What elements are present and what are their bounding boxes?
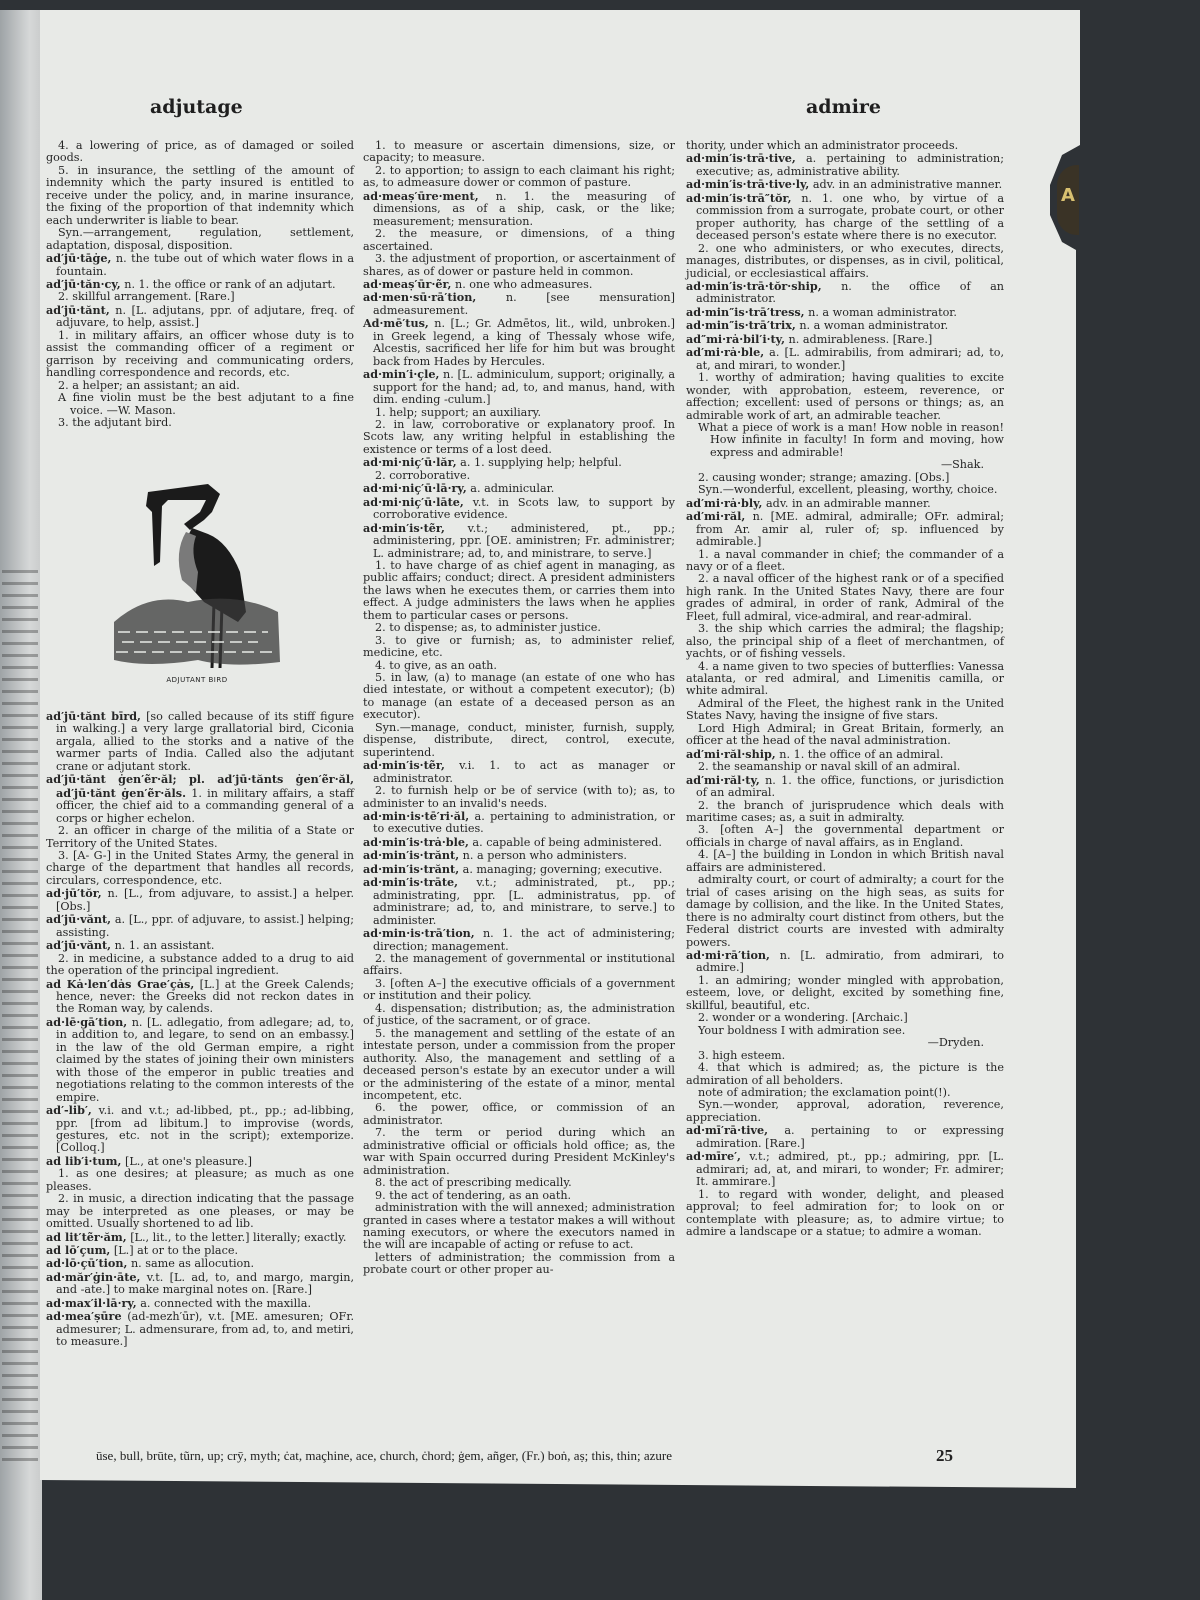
dictionary-entry: ad·min′is·tẽr, v.i. 1. to act as manager… — [363, 759, 675, 785]
dictionary-entry: ad′jū·tănt bīrd, [so called because of i… — [46, 710, 354, 773]
dictionary-entry: ad′mi·răl·ty, n. 1. the office, function… — [686, 774, 1004, 800]
dictionary-entry: ad Kȧ·len′dȧs Grae′çȧs, [L.] at the Gree… — [46, 978, 354, 1016]
definition: n. a person who administers. — [459, 849, 627, 862]
headword: ad′mi·răl, — [686, 509, 745, 523]
dictionary-entry: ad·jū′tŏr, n. [L., from adjuvare, to ass… — [46, 887, 354, 913]
dictionary-entry: ad″mi·rȧ·bil′i·ty, n. admirableness. [Ra… — [686, 333, 1004, 346]
dictionary-entry: ad′jū·tănt, n. [L. adjutans, ppr. of adj… — [46, 304, 354, 330]
headword: ad′mi·răl·ty, — [686, 773, 760, 787]
sense: 3. [A- G-] in the United States Army, th… — [46, 850, 354, 887]
headword: ad·min·is·tē′ri·ăl, — [363, 809, 469, 823]
headword: ad′mi·răl·ship, — [686, 747, 776, 761]
definition: [L.] at or to the place. — [110, 1244, 238, 1257]
sense: 1. to regard with wonder, delight, and p… — [686, 1189, 1004, 1239]
dictionary-entry: ad lō′çum, [L.] at or to the place. — [46, 1244, 354, 1257]
dictionary-entry: ad′jū·tăn·cy, n. 1. the office or rank o… — [46, 278, 354, 291]
headword: ad·mīre′, — [686, 1149, 741, 1163]
definition: n. one who admeasures. — [451, 278, 592, 291]
sense: administration with the will annexed; ad… — [363, 1202, 675, 1252]
guide-word-right: admire — [806, 96, 881, 118]
headword: ad·min′is·tẽr, — [363, 521, 445, 535]
definition: a. 1. supplying help; helpful. — [457, 456, 622, 469]
dictionary-entry: ad·min′is·trā·tive, a. pertaining to adm… — [686, 152, 1004, 178]
headword: ad·men·sū·rā′tion, — [363, 290, 476, 304]
dictionary-entry: ad·mi·rā′tion, n. [L. admiratio, from ad… — [686, 949, 1004, 975]
definition: n. [L. adlegatio, from adlegare; ad, to,… — [56, 1016, 354, 1104]
dictionary-entry: ad·min′is·trănt, a. managing; governing;… — [363, 863, 675, 876]
dictionary-entry: ad·mi·niç′ū·lāte, v.t. in Scots law, to … — [363, 496, 675, 522]
dictionary-entry: ad·meaṣ′ūre·ment, n. 1. the measuring of… — [363, 190, 675, 228]
definition: n. 1. the office of an admiral. — [776, 748, 944, 761]
dictionary-entry: ad·min′is·trā″tŏr, n. 1. one who, by vir… — [686, 192, 1004, 243]
sense: 3. the adjutant bird. — [46, 417, 354, 429]
definition: n. admirableness. [Rare.] — [785, 333, 932, 346]
headword: ad·min′is·trănt, — [363, 848, 459, 862]
headword: ad′mi·rȧ·bly, — [686, 496, 762, 510]
sense: Lord High Admiral; in Great Britain, for… — [686, 723, 1004, 748]
definition: n. a woman administrator. — [805, 306, 957, 319]
headword: ad·min′i·çle, — [363, 367, 439, 381]
sense: 1. in military affairs, an officer whose… — [46, 330, 354, 380]
sense: 3. [often A–] the executive officials of… — [363, 978, 675, 1003]
dictionary-entry: ad′-lib′, v.i. and v.t.; ad-libbed, pt.,… — [46, 1104, 354, 1155]
thumb-index-letter: A — [1061, 185, 1075, 206]
definition: n. a woman administrator. — [796, 319, 948, 332]
dictionary-entry: ad·min′is·trā·tive·ly, adv. in an admini… — [686, 178, 1004, 191]
sense: 7. the term or period during which an ad… — [363, 1127, 675, 1177]
previous-page-text — [2, 570, 38, 1470]
headword: ad·mea′ṣūre — [46, 1309, 122, 1323]
sense: 1. an admiring; wonder mingled with appr… — [686, 975, 1004, 1012]
dictionary-entry: ad′mi·răl, n. [ME. admiral, admiralle; O… — [686, 510, 1004, 548]
dictionary-entry: ad′jū·vănt, a. [L., ppr. of adjuvare, to… — [46, 913, 354, 939]
sense: 2. the branch of jurisprudence which dea… — [686, 800, 1004, 825]
sense: 2. to dispense; as, to administer justic… — [363, 622, 675, 634]
dictionary-entry: ad·min′i·çle, n. [L. adminiculum, suppor… — [363, 368, 675, 406]
dictionary-entry: ad·măr′ġin·āte, v.t. [L. ad, to, and mar… — [46, 1271, 354, 1297]
definition: adv. in an administrative manner. — [809, 178, 1002, 191]
headword: ad′jū·tāġe, — [46, 251, 111, 265]
definition: a. adminicular. — [467, 482, 555, 495]
quotation-source: —Dryden. — [686, 1037, 1004, 1049]
definition: n. 1. an assistant. — [111, 939, 214, 952]
sense: 6. the power, office, or commission of a… — [363, 1102, 675, 1127]
quotation-source: —Shak. — [686, 459, 1004, 471]
dictionary-entry: ad·min″is·trā′tress, n. a woman administ… — [686, 306, 1004, 319]
sense: 2. the measure, or dimensions, of a thin… — [363, 228, 675, 253]
sense: 2. to apportion; to assign to each claim… — [363, 165, 675, 190]
definition: adv. in an admirable manner. — [762, 497, 930, 510]
headword: ad·min′is·trȧ·ble, — [363, 835, 469, 849]
dictionary-entry: ad·min′is·trȧ·ble, a. capable of being a… — [363, 836, 675, 849]
dictionary-entry: ad·mi·niç′ū·lā·ry, a. adminicular. — [363, 482, 675, 495]
dictionary-entry: ad·mea′ṣūre (ad-mezh′ūr), v.t. [ME. ames… — [46, 1310, 354, 1348]
dictionary-entry: ad′mi·răl·ship, n. 1. the office of an a… — [686, 748, 1004, 761]
dictionary-entry: ad·min′is·tẽr, v.t.; administered, pt., … — [363, 522, 675, 560]
sense: 1. worthy of admiration; having qualitie… — [686, 372, 1004, 422]
dictionary-entry: ad·lē·gā′tion, n. [L. adlegatio, from ad… — [46, 1016, 354, 1104]
sense: 5. the management and settling of the es… — [363, 1028, 675, 1103]
headword: ad·mi·niç′ū·lā·ry, — [363, 481, 467, 495]
dictionary-entry: ad·mi·niç′ū·lăr, a. 1. supplying help; h… — [363, 456, 675, 469]
definition: v.t.; admired, pt., pp.; admiring, ppr. … — [696, 1150, 1004, 1188]
headword: ad·min′is·trā·tive·ly, — [686, 177, 809, 191]
pronunciation-key: ūse, bull, brūte, tũrn, up; crȳ, myth; ċ… — [96, 1448, 672, 1464]
sense: 4. dispensation; distribution; as, the a… — [363, 1003, 675, 1028]
sense: 3. to give or furnish; as, to administer… — [363, 635, 675, 660]
headword: ad·min·is·trā′tion, — [363, 926, 475, 940]
figure-caption: ADJUTANT BIRD — [108, 676, 286, 684]
quotation: What a piece of work is a man! How noble… — [686, 422, 1004, 459]
headword: ad·mi·rā′tion, — [686, 948, 770, 962]
thumb-index-tab[interactable]: A — [1057, 165, 1079, 235]
sense: 3. the adjustment of proportion, or asce… — [363, 253, 675, 278]
headword: ad lō′çum, — [46, 1243, 110, 1257]
headword: ad″mi·rȧ·bil′i·ty, — [686, 332, 785, 346]
dictionary-entry: ad·min″is·trā′trix, n. a woman administr… — [686, 319, 1004, 332]
sense: Syn.—wonder, approval, adoration, revere… — [686, 1099, 1004, 1124]
sense: 5. in insurance, the settling of the amo… — [46, 165, 354, 227]
dictionary-entry: ad′jū·vănt, n. 1. an assistant. — [46, 939, 354, 952]
definition: a. managing; governing; executive. — [459, 863, 662, 876]
headword: ad·min′is·trāte, — [363, 875, 458, 889]
definition: a. capable of being administered. — [469, 836, 662, 849]
dictionary-page: adjutage admire 4. a lowering of price, … — [40, 10, 1080, 1488]
dictionary-entry: ad·min′is·trā·tŏr·ship, n. the office of… — [686, 280, 1004, 306]
definition: n. 1. the office or rank of an adjutart. — [121, 278, 336, 291]
sense: 4. a lowering of price, as of damaged or… — [46, 140, 354, 165]
headword: ad·meaṣ′ūr·ẽr, — [363, 277, 451, 291]
headword: ad lit′tẽr·ăm, — [46, 1230, 127, 1244]
adjutant-bird-figure: ADJUTANT BIRD — [108, 472, 286, 684]
definition: a. connected with the maxilla. — [137, 1297, 311, 1310]
sense: 2. to furnish help or be of service (wit… — [363, 785, 675, 810]
dictionary-entry: ad′mi·rȧ·ble, a. [L. admirabilis, from a… — [686, 346, 1004, 372]
dictionary-entry: ad′mi·rȧ·bly, adv. in an admirable manne… — [686, 497, 1004, 510]
sense: 3. [often A–] the governmental departmen… — [686, 824, 1004, 849]
dictionary-entry: ad·min·is·tē′ri·ăl, a. pertaining to adm… — [363, 810, 675, 836]
headword: ad′jū·tăn·cy, — [46, 277, 121, 291]
dictionary-entry: ad·mīre′, v.t.; admired, pt., pp.; admir… — [686, 1150, 1004, 1188]
dictionary-entry: ad·men·sū·rā′tion, n. [see mensuration] … — [363, 291, 675, 317]
dictionary-entry: ad·min·is·trā′tion, n. 1. the act of adm… — [363, 927, 675, 953]
column-1-top: 4. a lowering of price, as of damaged or… — [46, 140, 354, 429]
dictionary-entry: ad·min′is·trănt, n. a person who adminis… — [363, 849, 675, 862]
headword: ad′-lib′, — [46, 1103, 92, 1117]
dictionary-entry: ad′jū·tāġe, n. the tube out of which wat… — [46, 252, 354, 278]
page-number: 25 — [936, 1446, 953, 1466]
sense: 2. in music, a direction indicating that… — [46, 1193, 354, 1230]
definition: n. same as allocution. — [127, 1257, 254, 1270]
headword: ad Kȧ·len′dȧs Grae′çȧs, — [46, 977, 194, 991]
sense: 1. as one desires; at pleasure; as much … — [46, 1168, 354, 1193]
headword: ad·max′il·lā·ry, — [46, 1296, 137, 1310]
guide-word-left: adjutage — [150, 96, 243, 118]
headword: ad·meaṣ′ūre·ment, — [363, 189, 479, 203]
sense: 1. to measure or ascertain dimensions, s… — [363, 140, 675, 165]
headword: ad′jū·vănt, — [46, 938, 111, 952]
column-1-bottom: ad′jū·tănt bīrd, [so called because of i… — [46, 710, 354, 1349]
headword: ad·mi·niç′ū·lăr, — [363, 455, 457, 469]
dictionary-entry: Ad·mē′tus, n. [L.; Gr. Admētos, lit., wi… — [363, 317, 675, 368]
dictionary-entry: ad·lō·çū′tion, n. same as allocution. — [46, 1257, 354, 1270]
sense: 5. in law, (a) to manage (an estate of o… — [363, 672, 675, 722]
previous-page-edge — [0, 10, 42, 1600]
sense: admiralty court, or court of admiralty; … — [686, 874, 1004, 949]
column-2: 1. to measure or ascertain dimensions, s… — [363, 140, 675, 1277]
sense: 4. a name given to two species of butter… — [686, 661, 1004, 698]
sense: 4. [A–] the building in London in which … — [686, 849, 1004, 874]
headword: ad·min′is·trā·tive, — [686, 151, 796, 165]
sense: 2. in medicine, a substance added to a d… — [46, 953, 354, 978]
sense: 3. the ship which carries the admiral; t… — [686, 623, 1004, 660]
adjutant-bird-illustration-icon — [108, 472, 286, 672]
dictionary-entry: ad·mī′rā·tive, a. pertaining to or expre… — [686, 1124, 1004, 1150]
dictionary-entry: ad·min′is·trāte, v.t.; administrated, pt… — [363, 876, 675, 927]
quotation: A fine violin must be the best adjutant … — [46, 392, 354, 417]
sense: Admiral of the Fleet, the highest rank i… — [686, 698, 1004, 723]
headword: ad·min″is·trā′tress, — [686, 305, 805, 319]
sense: 2. one who administers, or who executes,… — [686, 243, 1004, 280]
sense: 2. wonder or a wondering. [Archaic.] — [686, 1012, 1004, 1024]
sense: 2. the management of governmental or ins… — [363, 953, 675, 978]
dictionary-entry: ad·meaṣ′ūr·ẽr, n. one who admeasures. — [363, 278, 675, 291]
sense: letters of administration; the commissio… — [363, 1252, 675, 1277]
sense: 4. that which is admired; as, the pictur… — [686, 1062, 1004, 1087]
headword: ad′jū·tănt, — [46, 303, 110, 317]
headword: ad·min′is·trā″tŏr, — [686, 191, 792, 205]
definition: [L., at one's pleasure.] — [121, 1155, 252, 1168]
definition: v.i. and v.t.; ad-libbed, pt., pp.; ad-l… — [56, 1104, 354, 1154]
sense: 2. in law, corroborative or explanatory … — [363, 419, 675, 456]
sense: 2. a naval officer of the highest rank o… — [686, 573, 1004, 623]
sense: 8. the act of prescribing medically. — [363, 1177, 675, 1189]
headword: ad·min″is·trā′trix, — [686, 318, 796, 332]
headword: ad′mi·rȧ·ble, — [686, 345, 764, 359]
dictionary-entry: ad lib′i·tum, [L., at one's pleasure.] — [46, 1155, 354, 1168]
headword: ad·lē·gā′tion, — [46, 1015, 127, 1029]
dictionary-entry: ad·max′il·lā·ry, a. connected with the m… — [46, 1297, 354, 1310]
headword: Ad·mē′tus, — [363, 316, 429, 330]
sense: Syn.—manage, conduct, minister, furnish,… — [363, 722, 675, 759]
headword: ad lib′i·tum, — [46, 1154, 121, 1168]
sense: 2. an officer in charge of the militia o… — [46, 825, 354, 850]
headword: ad·măr′ġin·āte, — [46, 1270, 140, 1284]
headword: ad·mī′rā·tive, — [686, 1123, 768, 1137]
headword: ad′jū·tănt bīrd, — [46, 709, 141, 723]
headword: ad·min′is·tẽr, — [363, 758, 445, 772]
headword: ad·mi·niç′ū·lāte, — [363, 495, 464, 509]
headword: ad·min′is·trănt, — [363, 862, 459, 876]
headword: ad·min′is·trā·tŏr·ship, — [686, 279, 822, 293]
headword: ad·lō·çū′tion, — [46, 1256, 127, 1270]
column-3: thority, under which an administrator pr… — [686, 140, 1004, 1238]
sense: Syn.—arrangement, regulation, settlement… — [46, 227, 354, 252]
dictionary-entry: ad lit′tẽr·ăm, [L., lit., to the letter.… — [46, 1231, 354, 1244]
definition: [L., lit., to the letter.] literally; ex… — [127, 1231, 347, 1244]
dictionary-entry: ad′jū·tănt ġen′ẽr·ăl; pl. ad′jū·tănts ġe… — [46, 773, 354, 825]
sense: 1. to have charge of as chief agent in m… — [363, 560, 675, 622]
headword: ad·jū′tŏr, — [46, 886, 102, 900]
sense: 1. a naval commander in chief; the comma… — [686, 549, 1004, 574]
headword: ad′jū·vănt, — [46, 912, 111, 926]
